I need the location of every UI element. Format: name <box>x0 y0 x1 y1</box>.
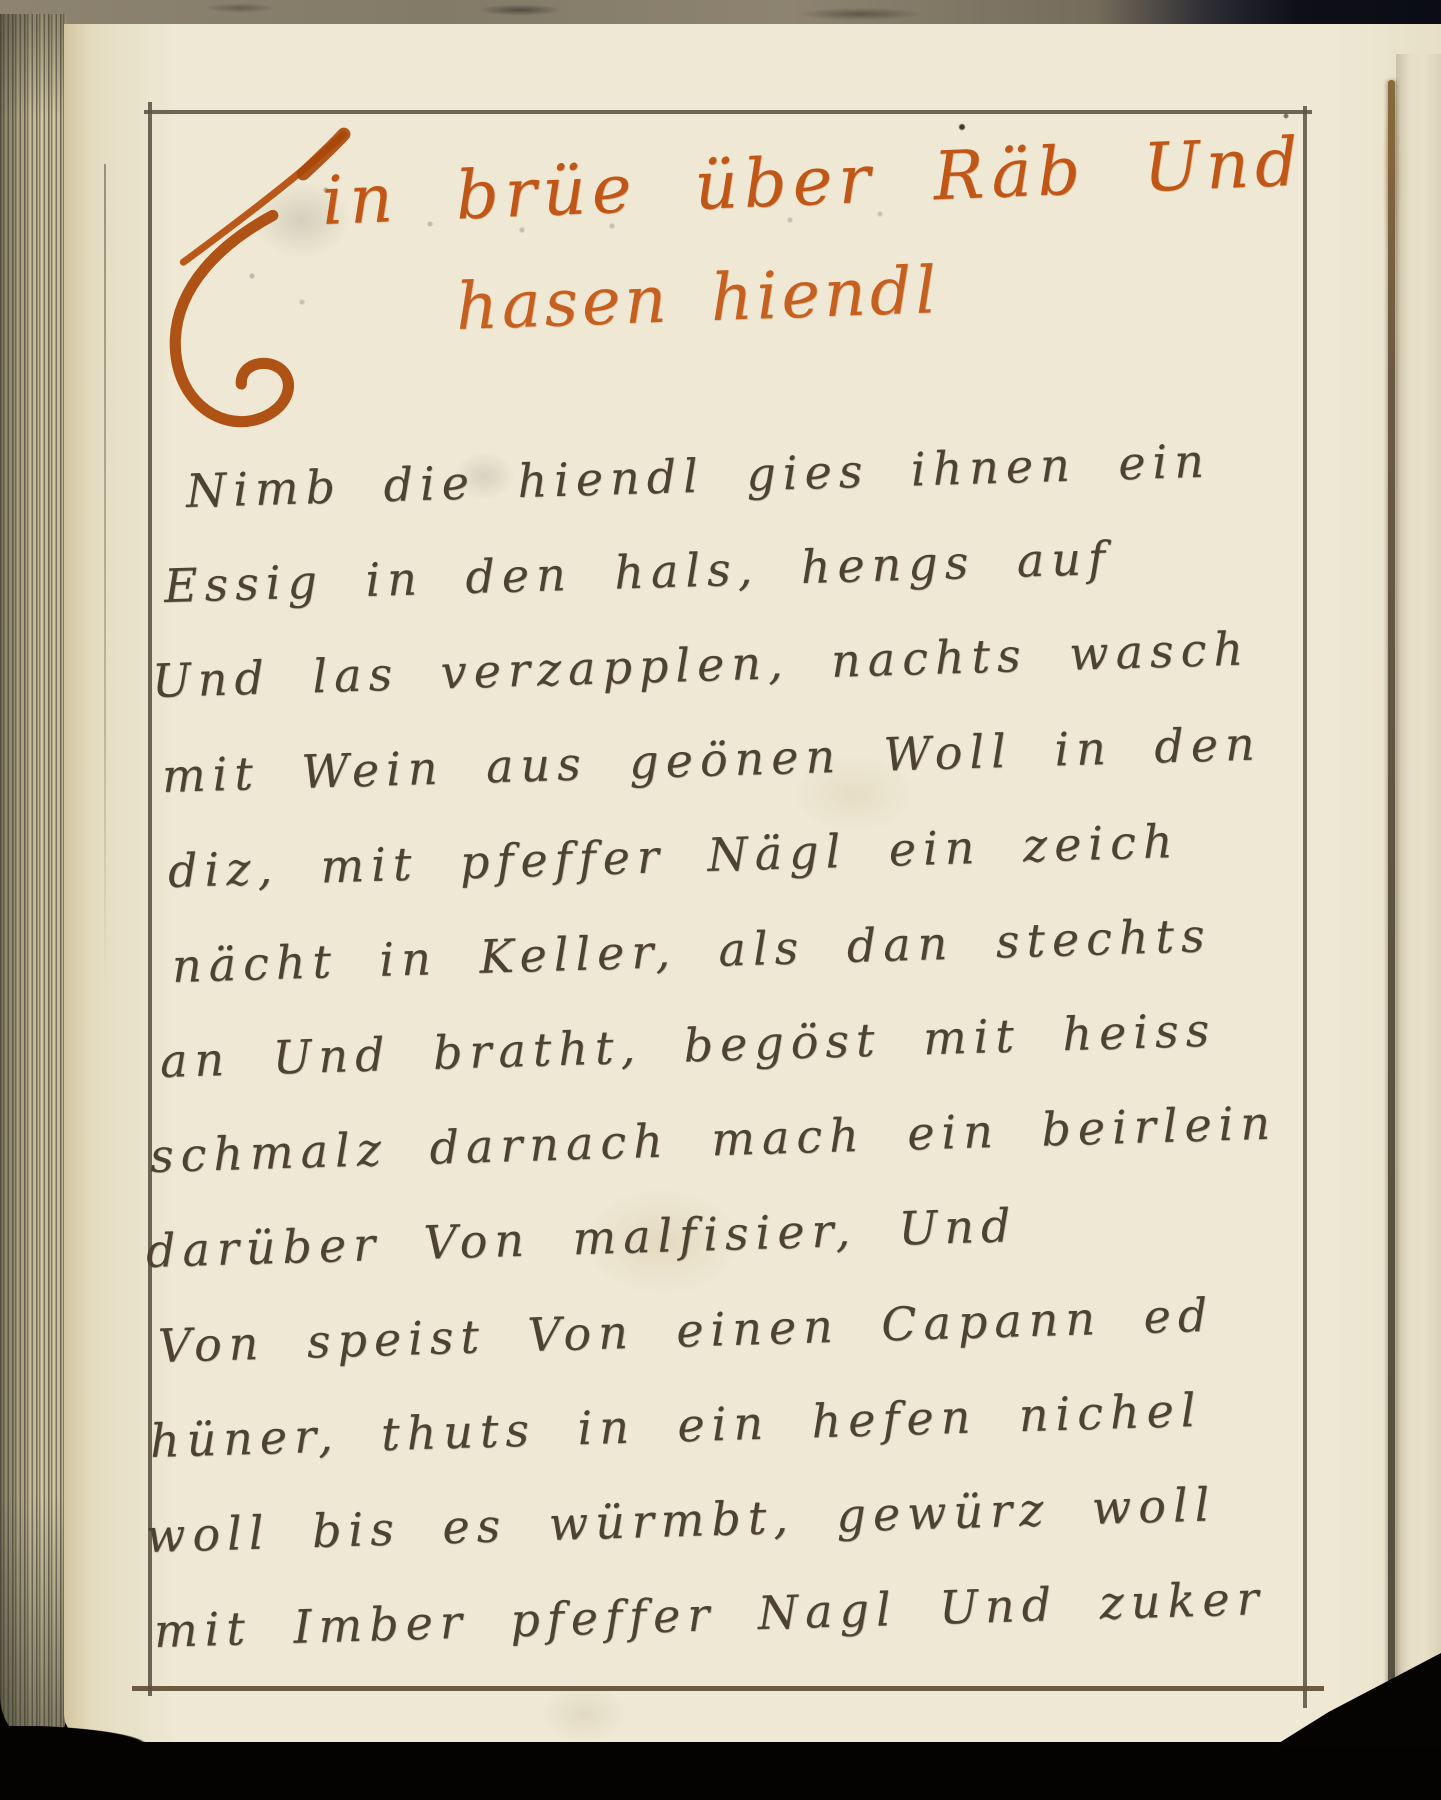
border-frame-top <box>144 110 1312 114</box>
recipe-body: Nimb die hiendl gies ihnen ein Essig in … <box>148 444 1338 1679</box>
title-line-1: in brüe über Räb Und <box>320 123 1305 240</box>
title-line-2: hasen hiendl <box>455 253 942 345</box>
manuscript-scan: in brüe über Räb Und hasen hiendl Nimb d… <box>0 0 1441 1800</box>
underlying-page-edge <box>1396 54 1441 1744</box>
scan-background-bottom <box>0 1742 1441 1800</box>
page-edge-line <box>104 164 106 984</box>
page-edges-left <box>0 14 66 1736</box>
border-frame-bottom <box>132 1686 1324 1691</box>
manuscript-page: in brüe über Räb Und hasen hiendl Nimb d… <box>64 24 1441 1744</box>
page-fold-crease <box>1388 80 1395 1692</box>
